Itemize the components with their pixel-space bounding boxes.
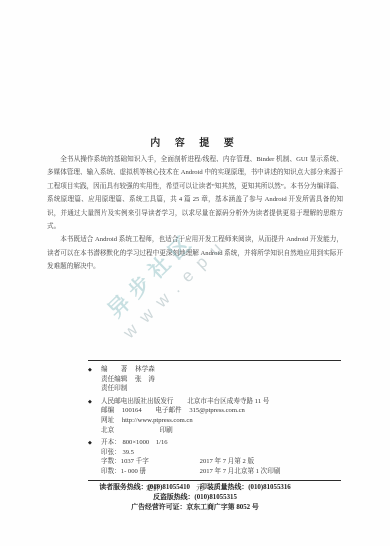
printer-row: 责任印制 xyxy=(88,384,341,394)
book-colophon-page: 内 容 提 要 全书从操作系统的基础知识入手，全面剖析进程/线程、内存管理、Bi… xyxy=(0,0,390,546)
sheets-label: 印张： xyxy=(101,449,121,456)
sheets-row: 印张： 39.5 xyxy=(88,448,341,458)
quality-hotline-number: (010)81055316 xyxy=(248,484,291,491)
author-row: ◆ 编 著 林学森 xyxy=(88,365,341,375)
hotline-footer: 读者服务热线：(010)81055410印装质量热线：(010)81055316… xyxy=(0,483,390,513)
printrun-label: 印数： xyxy=(101,468,121,475)
website-row: 网址 http://www.ptpress.com.cn xyxy=(88,416,341,426)
summary-paragraph-1: 全书从操作系统的基础知识入手，全面剖析进程/线程、内存管理、Binder 机制、… xyxy=(47,153,343,233)
anti-piracy-line: 反盗版热线：(010)81055315 xyxy=(0,493,390,503)
website-label: 网址 xyxy=(101,417,114,424)
printrun-impression-row: 印数：1- 000 册 2017 年 7 月北京第 1 次印刷 xyxy=(88,467,341,477)
words-edition-row: 字数：1037 千字 2017 年 7 月第 2 版 xyxy=(88,457,341,467)
ad-license-line: 广告经营许可证：京东工商广字第 8052 号 xyxy=(0,503,390,513)
print-city: 北京 xyxy=(101,427,114,434)
printrun-cell: 印数：1- 000 册 xyxy=(101,467,198,477)
publisher-name: 人民邮电出版社出版发行 xyxy=(101,398,174,405)
email-value: 315@ptpress.com.cn xyxy=(189,407,245,414)
postcode-value: 100164 xyxy=(122,407,142,414)
bottom-rule xyxy=(88,480,341,481)
piracy-hotline-number: (010)81055315 xyxy=(194,494,237,501)
quality-hotline-label: 印装质量热线： xyxy=(200,484,248,491)
format-label: 开本： xyxy=(101,439,121,446)
summary-paragraph-2: 本书既适合 Android 系统工程师，也适合于应用开发工程师来阅读，从而提升 … xyxy=(47,233,343,273)
editor-label: 责任编辑 xyxy=(101,376,127,383)
editor-row: 责任编辑 张 涛 xyxy=(88,375,341,385)
postcode-email-row: 邮编 100164 电子邮件 315@ptpress.com.cn xyxy=(88,406,341,416)
printrun-value: 1- 000 册 xyxy=(121,468,146,475)
content-summary: 全书从操作系统的基础知识入手，全面剖析进程/线程、内存管理、Binder 机制、… xyxy=(47,153,343,274)
website-value: http://www.ptpress.com.cn xyxy=(122,417,193,424)
publisher-address: 北京市丰台区成寿寺路 11 号 xyxy=(187,398,269,405)
author-label: 编 著 xyxy=(101,366,127,373)
print-suffix: 印刷 xyxy=(160,427,173,434)
print-city-row: 北京 印刷 xyxy=(88,426,341,436)
words-value: 1037 千字 xyxy=(121,458,149,465)
service-hotline-number: (010)81055410 xyxy=(148,484,191,491)
printer-label: 责任印制 xyxy=(101,385,127,392)
author-name: 林学森 xyxy=(135,366,155,373)
impression-value: 2017 年 7 月北京第 1 次印刷 xyxy=(200,468,281,475)
words-cell: 字数：1037 千字 xyxy=(101,457,198,467)
email-label: 电子邮件 xyxy=(155,407,181,414)
format-row: ◆ 开本： 800×1000 1/16 xyxy=(88,438,341,448)
piracy-hotline-label: 反盗版热线： xyxy=(153,494,194,501)
colophon-block: ◆ 编 著 林学森 责任编辑 张 涛 责任印制 ◆ 人民邮电出版社出版发行 北京… xyxy=(88,360,341,493)
publisher-row: ◆ 人民邮电出版社出版发行 北京市丰台区成寿寺路 11 号 xyxy=(88,397,341,407)
service-hotline-label: 读者服务热线： xyxy=(99,484,147,491)
sheets-value: 39.5 xyxy=(122,449,134,456)
format-value: 800×1000 1/16 xyxy=(122,439,167,446)
page-title: 内 容 提 要 xyxy=(0,134,390,149)
service-quality-line: 读者服务热线：(010)81055410印装质量热线：(010)81055316 xyxy=(0,483,390,493)
editor-name: 张 涛 xyxy=(135,376,155,383)
postcode-label: 邮编 xyxy=(101,407,114,414)
words-label: 字数： xyxy=(101,458,121,465)
edition-value: 2017 年 7 月第 2 版 xyxy=(200,458,254,465)
